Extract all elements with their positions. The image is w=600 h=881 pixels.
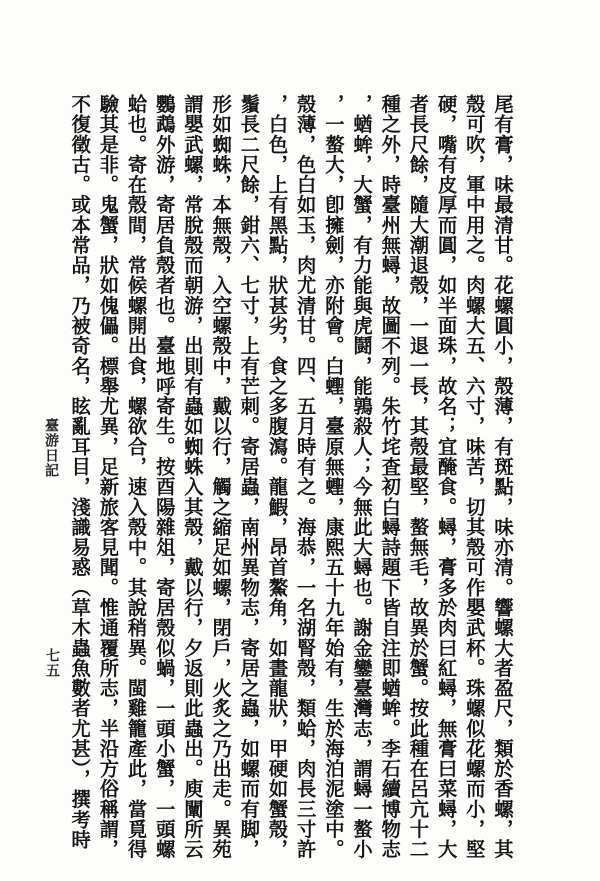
text-column-14: 蛤也。寄在殼間，常候螺開出食，螺欲合，速入殼中。其說稍異。閩雞籠產此，當覓得	[121, 94, 149, 814]
text-column-3: 硬，嘴有皮厚而圓，如半面珠，故名；宜醃食。蟳，膏多於肉曰紅蟳，無膏曰菜蟳，大	[431, 94, 459, 814]
text-column-11: 形如蜘蛛，本無殼，入空螺殼中，戴以行，觸之縮足如螺，閉戶，火炙之乃出走。異苑	[206, 94, 234, 814]
text-column-15: 驗其是非。鬼蟹，狀如傀儡。標舉尤異，足新旅客見聞。惟通覆所志，半沿方俗稱謂，	[93, 94, 121, 814]
scanned-book-page: 尾有膏，味最清甘。花螺圓小，殼薄，有斑點，味亦清。響螺大者盈尺，類於香螺，其 殼…	[0, 0, 600, 881]
text-column-6: ，蝤蛑，大蟹，有力能與虎鬪，能鶉殺人；今無此大蟳也。謝金鑾臺灣志，謂蟳一螯小	[347, 94, 375, 814]
text-column-4: 者長尺餘，隨大潮退殼，一退一長，其殼最堅，螯無毛，故異於蟹。按此種在呂亢十二	[403, 94, 431, 814]
page-number: 七五	[42, 648, 62, 678]
text-column-1: 尾有膏，味最清甘。花螺圓小，殼薄，有斑點，味亦清。響螺大者盈尺，類於香螺，其	[488, 94, 516, 814]
text-column-16: 不復徵古。或本常品，乃被奇名，眩亂耳目，淺識易惑（草木蟲魚數者尤甚），撰考時	[65, 94, 93, 814]
text-column-10: 鬚長二尺餘，鉗六、七寸，上有芒刺。寄居蟲，南州異物志，寄居之蟲，如螺而有脚，	[234, 94, 262, 814]
vertical-text-body: 尾有膏，味最清甘。花螺圓小，殼薄，有斑點，味亦清。響螺大者盈尺，類於香螺，其 殼…	[65, 94, 516, 814]
text-column-8: 殼薄，色白如玉，肉尤清甘。四、五月時有之。海恭，一名湖腎殼，類蛤，肉長三寸許	[291, 94, 319, 814]
text-column-7: ，一螯大，卽擁劍，亦附會。白蟶，臺原無蟶，康熙五十九年始有，生於海泊泥塗中。	[319, 94, 347, 814]
text-column-9: ，白色，上有黑點，狀甚劣，食之多腹瀉。龍鰕，昂首鰲角，如畫龍狀，甲硬如蟹殼，	[262, 94, 290, 814]
text-column-12: 謂嬰武螺，常脫殼而朝游，出則有蟲如蜘蛛入其殼，戴以行，夕返則此蟲出。庾闡所云	[178, 94, 206, 814]
text-column-5: 種之外，時臺州無蟳，故圖不列。朱竹垞査初白蟳詩題下皆自注即蝤蛑。李石續博物志	[375, 94, 403, 814]
running-title: 臺游日記	[41, 418, 61, 478]
text-column-2: 殼可吹，軍中用之。肉螺大五、六寸，味苦，切其殼可作嬰武杯。珠螺似花螺而小，堅	[460, 94, 488, 814]
text-column-13: 鸚鵡外游，寄居負殼者也。臺地呼寄生。按酉陽雜俎，寄居殼似蝸，一頭小蟹，一頭螺	[150, 94, 178, 814]
